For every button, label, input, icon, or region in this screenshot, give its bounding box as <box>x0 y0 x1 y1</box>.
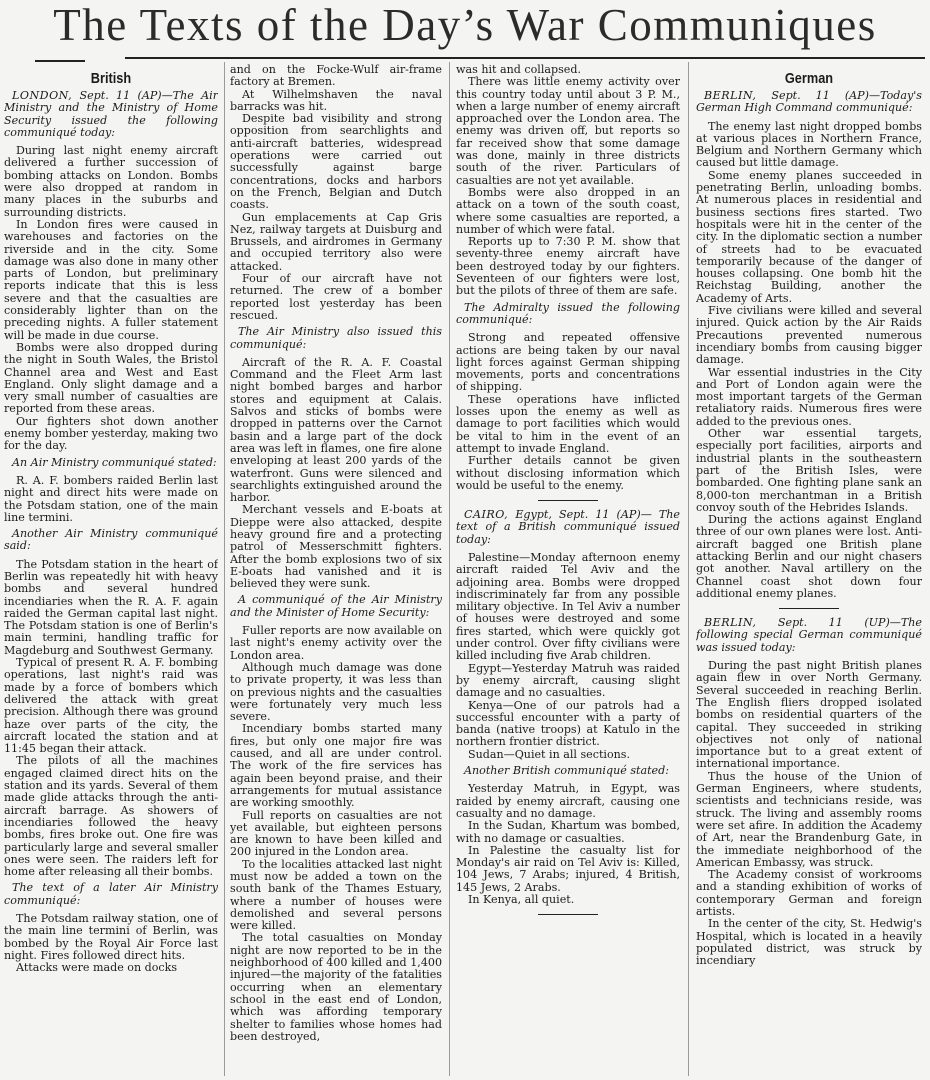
paragraph: Fuller reports are now available on last… <box>230 625 442 662</box>
paragraph: To the localities attacked last night mu… <box>230 859 442 933</box>
section-separator <box>538 500 598 501</box>
paragraph: Bombs were also dropped in an attack on … <box>456 187 680 236</box>
paragraph: There was little enemy activity over thi… <box>456 76 680 187</box>
column-2: and on the Focke-Wulf air-frame factory … <box>230 64 442 1078</box>
column-divider <box>449 62 450 1076</box>
paragraph: Five civilians were killed and several i… <box>696 305 922 366</box>
paragraph: These operations have inflicted losses u… <box>456 394 680 455</box>
paragraph: Typical of present R. A. F. bombing oper… <box>4 657 218 755</box>
paragraph: At Wilhelmshaven the naval barracks was … <box>230 89 442 114</box>
paragraph: R. A. F. bombers raided Berlin last nigh… <box>4 475 218 524</box>
paragraph: During the past night British planes aga… <box>696 660 922 771</box>
paragraph: Palestine—Monday afternoon enemy aircraf… <box>456 552 680 663</box>
communique-intro: The text of a later Air Ministry communi… <box>4 882 218 907</box>
paragraph: Despite bad visibility and strong opposi… <box>230 113 442 211</box>
headline-rule <box>125 57 925 59</box>
paragraph: The total casualties on Monday night are… <box>230 932 442 1043</box>
paragraph: War essential industries in the City and… <box>696 367 922 428</box>
paragraph: Aircraft of the R. A. F. Coastal Command… <box>230 357 442 505</box>
paragraph: Four of our aircraft have not returned. … <box>230 273 442 322</box>
paragraph: Full reports on casualties are not yet a… <box>230 810 442 859</box>
paragraph: Sudan—Quiet in all sections. <box>456 749 680 761</box>
paragraph: Egypt—Yesterday Matruh was raided by ene… <box>456 663 680 700</box>
paragraph: Strong and repeated offensive actions ar… <box>456 332 680 393</box>
communique-intro: Another Air Ministry communiqué said: <box>4 528 218 553</box>
paragraph: In the Sudan, Khartum was bombed, with n… <box>456 820 680 845</box>
paragraph: Gun emplacements at Cap Gris Nez, railwa… <box>230 212 442 273</box>
paragraph: The Potsdam station in the heart of Berl… <box>4 559 218 657</box>
communique-intro: An Air Ministry communiqué stated: <box>4 457 218 469</box>
dateline-london: LONDON, Sept. 11 (AP)—The Air Ministry a… <box>4 90 218 139</box>
paragraph: Incendiary bombs started many fires, but… <box>230 723 442 809</box>
paragraph: Further details cannot be given without … <box>456 455 680 492</box>
section-separator <box>779 608 839 609</box>
paragraph: Other war essential targets, especially … <box>696 428 922 514</box>
communique-intro: The Admiralty issued the following commu… <box>456 302 680 327</box>
communique-intro: A communiqué of the Air Ministry and the… <box>230 594 442 619</box>
paragraph-continued: and on the Focke-Wulf air-frame factory … <box>230 64 442 89</box>
paragraph: Reports up to 7:30 P. M. show that seven… <box>456 236 680 297</box>
section-separator <box>538 914 598 915</box>
paragraph: Merchant vessels and E-boats at Dieppe w… <box>230 504 442 590</box>
paragraph: The Academy consist of workrooms and a s… <box>696 869 922 918</box>
column-divider <box>688 62 689 1076</box>
column-3: was hit and collapsed. There was little … <box>456 64 680 1078</box>
paragraph: Some enemy planes succeeded in penetrati… <box>696 170 922 305</box>
section-heading-german: German <box>713 70 905 88</box>
dateline-berlin-up: BERLIN, Sept. 11 (UP)—The following spec… <box>696 617 922 654</box>
paragraph: In the center of the city, St. Hedwig's … <box>696 918 922 967</box>
paragraph: The pilots of all the machines engaged c… <box>4 755 218 878</box>
paragraph: In London fires were caused in warehouse… <box>4 219 218 342</box>
paragraph: During last night enemy aircraft deliver… <box>4 145 218 219</box>
column-divider <box>224 62 225 1076</box>
paragraph: Although much damage was done to private… <box>230 662 442 723</box>
paragraph: During the actions against England three… <box>696 514 922 600</box>
paragraph: Our fighters shot down another enemy bom… <box>4 416 218 453</box>
paragraph: The enemy last night dropped bombs at va… <box>696 121 922 170</box>
column-1: British LONDON, Sept. 11 (AP)—The Air Mi… <box>4 64 218 1078</box>
paragraph: The Potsdam railway station, one of the … <box>4 913 218 962</box>
headline-rule-short <box>35 60 85 62</box>
communique-intro: Another British communiqué stated: <box>456 765 680 777</box>
paragraph: Attacks were made on docks <box>4 962 218 974</box>
dateline-cairo: CAIRO, Egypt, Sept. 11 (AP)— The text of… <box>456 509 680 546</box>
paragraph: In Kenya, all quiet. <box>456 894 680 906</box>
paragraph: Yesterday Matruh, in Egypt, was raided b… <box>456 783 680 820</box>
column-4: German BERLIN, Sept. 11 (AP)—Today's Ger… <box>696 64 922 1078</box>
dateline-berlin: BERLIN, Sept. 11 (AP)—Today's German Hig… <box>696 90 922 115</box>
page-headline: The Texts of the Day’s War Communiques <box>4 2 926 48</box>
paragraph: Thus the house of the Union of German En… <box>696 771 922 869</box>
paragraph: Kenya—One of our patrols had a successfu… <box>456 700 680 749</box>
paragraph: Bombs were also dropped during the night… <box>4 342 218 416</box>
communique-intro: The Air Ministry also issued this commun… <box>230 326 442 351</box>
paragraph: In Palestine the casualty list for Monda… <box>456 845 680 894</box>
section-heading-british: British <box>20 70 202 88</box>
